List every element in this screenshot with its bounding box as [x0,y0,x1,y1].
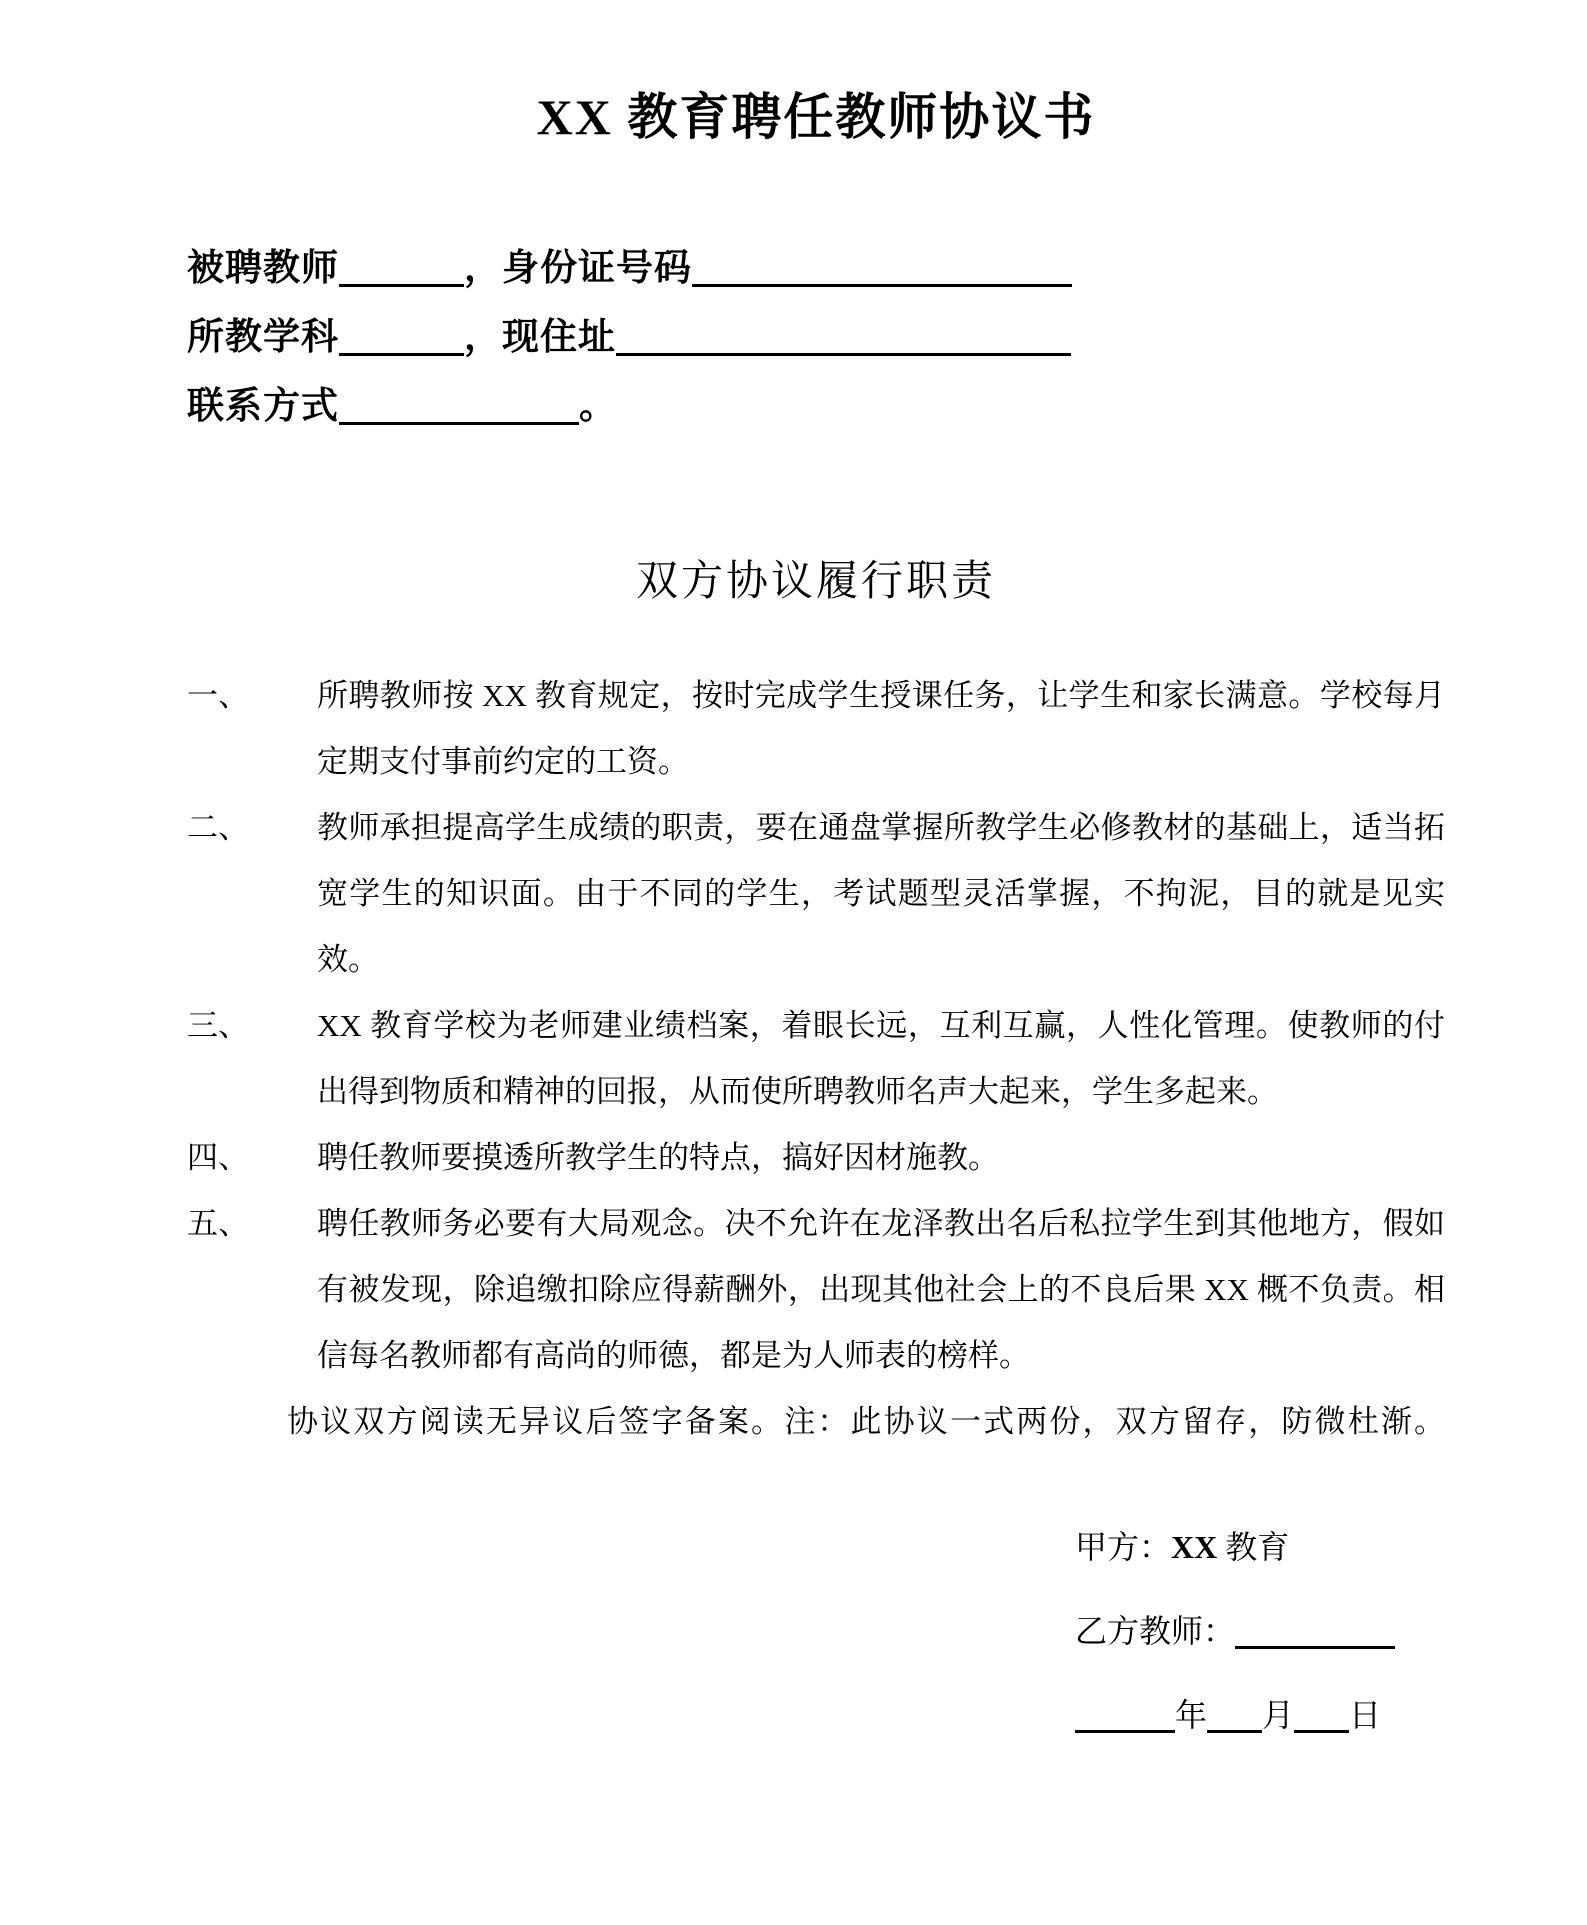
teacher-label: 被聘教师 [187,248,339,289]
list-item: 二、 教师承担提高学生成绩的职责，要在通盘掌握所教学生必修教材的基础上，适当拓宽… [187,795,1445,993]
item-number: 五、 [187,1191,317,1389]
list-item: 一、 所聘教师按 XX 教育规定，按时完成学生授课任务，让学生和家长满意。学校每… [187,663,1445,795]
item-text: 所聘教师按 XX 教育规定，按时完成学生授课任务，让学生和家长满意。学校每月定期… [317,663,1445,795]
item-number: 四、 [187,1125,317,1191]
list-item: 三、 XX 教育学校为老师建业绩档案，着眼长远，互利互赢，人性化管理。使教师的付… [187,993,1445,1125]
section-heading: 双方协议履行职责 [187,557,1445,607]
address-blank-field [616,351,1071,356]
signature-block: 甲方：XX 教育 乙方教师： 年月日 [1075,1505,1445,1757]
day-label: 日 [1349,1697,1381,1733]
form-line-contact: 联系方式。 [187,372,1445,441]
teacher-name-blank-field [339,282,464,287]
year-blank-field [1075,1728,1175,1733]
id-number-label: 身份证号码 [502,248,692,289]
month-blank-field [1207,1728,1262,1733]
closing-statement: 协议双方阅读无异议后签字备案。注：此协议一式两份，双方留存，防微杜渐。 [287,1389,1445,1455]
item-number: 一、 [187,663,317,795]
party-a-label: 甲方： [1075,1529,1171,1565]
contact-label: 联系方式 [187,386,339,427]
separator-comma: ， [464,248,502,289]
month-label: 月 [1262,1697,1294,1733]
year-label: 年 [1175,1697,1207,1733]
item-text: 聘任教师要摸透所教学生的特点，搞好因材施教。 [317,1125,1445,1191]
date-line: 年月日 [1075,1673,1445,1757]
agreement-document-page: XX 教育聘任教师协议书 被聘教师，身份证号码 所教学科，现住址 联系方式。 双… [0,0,1587,1925]
item-text: XX 教育学校为老师建业绩档案，着眼长远，互利互赢，人性化管理。使教师的付出得到… [317,993,1445,1125]
document-title: XX 教育聘任教师协议书 [187,0,1445,148]
terminator-period: 。 [579,386,617,427]
id-number-blank-field [692,282,1072,287]
item-text: 教师承担提高学生成绩的职责，要在通盘掌握所教学生必修教材的基础上，适当拓宽学生的… [317,795,1445,993]
party-a-name-rest: 教育 [1217,1529,1289,1565]
separator-comma: ， [464,317,502,358]
item-text: 聘任教师务必要有大局观念。决不允许在龙泽教出名后私拉学生到其他地方，假如有被发现… [317,1191,1445,1389]
party-b-line: 乙方教师： [1075,1589,1445,1673]
item-number: 二、 [187,795,317,993]
subject-label: 所教学科 [187,317,339,358]
party-b-signature-blank-field [1235,1644,1395,1649]
party-info-form: 被聘教师，身份证号码 所教学科，现住址 联系方式。 [187,234,1445,441]
list-item: 五、 聘任教师务必要有大局观念。决不允许在龙泽教出名后私拉学生到其他地方，假如有… [187,1191,1445,1389]
list-item: 四、 聘任教师要摸透所教学生的特点，搞好因材施教。 [187,1125,1445,1191]
item-number: 三、 [187,993,317,1125]
form-line-subject-address: 所教学科，现住址 [187,303,1445,372]
contact-blank-field [339,420,579,425]
party-a-line: 甲方：XX 教育 [1075,1505,1445,1589]
subject-blank-field [339,351,464,356]
party-a-name-bold: XX [1171,1529,1217,1565]
address-label: 现住址 [502,317,616,358]
party-b-label: 乙方教师： [1075,1613,1235,1649]
day-blank-field [1294,1728,1349,1733]
form-line-teacher-id: 被聘教师，身份证号码 [187,234,1445,303]
duty-items-list: 一、 所聘教师按 XX 教育规定，按时完成学生授课任务，让学生和家长满意。学校每… [187,663,1445,1389]
